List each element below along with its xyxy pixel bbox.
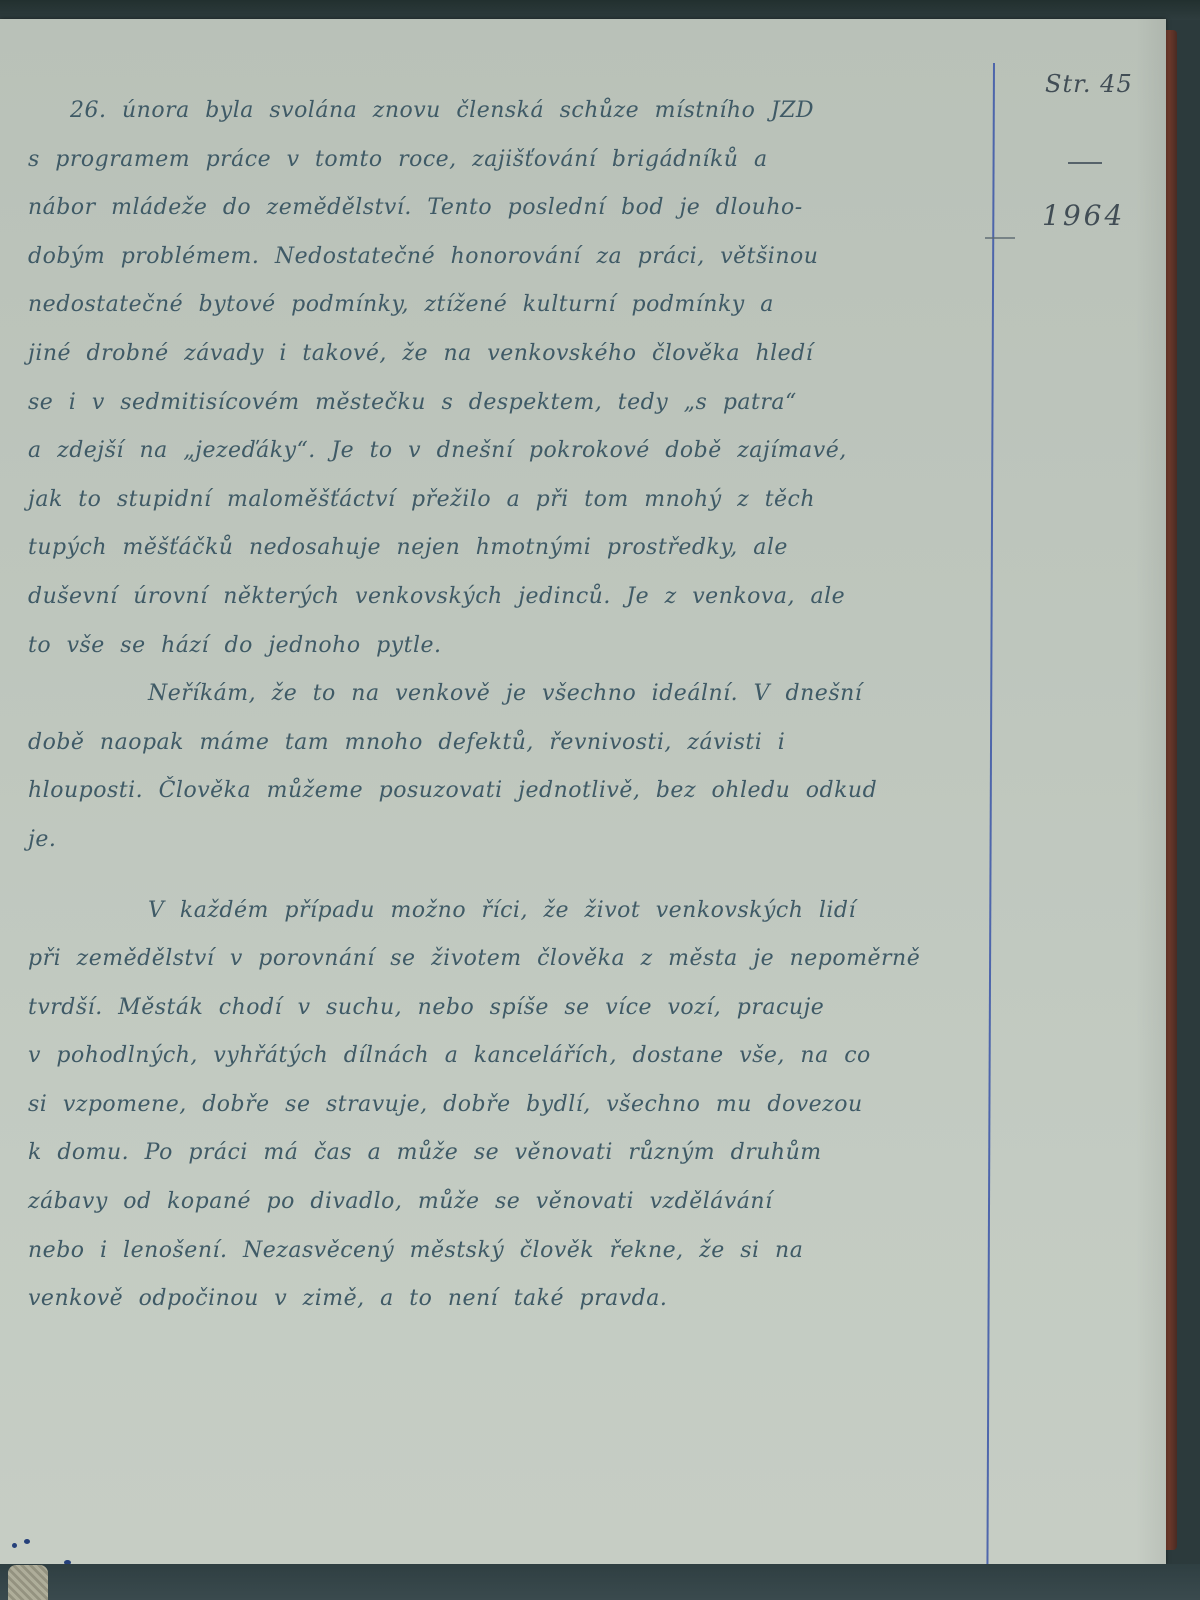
text-line: nebo i lenošení. Nezasvěcený městský člo… bbox=[28, 1227, 983, 1276]
text-line: se i v sedmitisícovém městečku s despekt… bbox=[28, 379, 983, 428]
text-line: 26. února byla svolána znovu členská sch… bbox=[28, 87, 983, 136]
handwritten-body: 26. února byla svolána znovu členská sch… bbox=[28, 87, 983, 1324]
text-line: je. bbox=[28, 816, 983, 865]
text-line: hlouposti. Člověka můžeme posuzovati jed… bbox=[28, 767, 983, 816]
text-line: při zemědělství v porovnání se životem č… bbox=[28, 935, 983, 984]
text-line: a zdejší na „jezeďáky“. Je to v dnešní p… bbox=[28, 427, 983, 476]
backdrop-bottom bbox=[0, 1564, 1200, 1600]
text-line: jak to stupidní maloměšťáctví přežilo a … bbox=[28, 476, 983, 525]
bookmark-thread bbox=[8, 1565, 48, 1600]
text-line: venkově odpočinou v zimě, a to není také… bbox=[28, 1275, 983, 1324]
text-line: v pohodlných, vyhřátých dílnách a kancel… bbox=[28, 1032, 983, 1081]
text-line: to vše se hází do jednoho pytle. bbox=[28, 622, 983, 671]
year-label: 1964 bbox=[1042, 199, 1125, 232]
text-line: duševní úrovní některých venkovských jed… bbox=[28, 573, 983, 622]
text-line: tvrdší. Městák chodí v suchu, nebo spíše… bbox=[28, 984, 983, 1033]
margin-rule-line bbox=[986, 63, 995, 1593]
text-line: nábor mládeže do zemědělství. Tento posl… bbox=[28, 184, 983, 233]
text-line: si vzpomene, dobře se stravuje, dobře by… bbox=[28, 1081, 983, 1130]
text-line: době naopak máme tam mnoho defektů, řevn… bbox=[28, 719, 983, 768]
text-line: s programem práce v tomto roce, zajišťov… bbox=[28, 136, 983, 185]
text-line: Neříkám, že to na venkově je všechno ide… bbox=[28, 670, 983, 719]
ink-spot bbox=[12, 1543, 17, 1548]
ink-spot bbox=[24, 1539, 30, 1544]
text-line: dobým problémem. Nedostatečné honorování… bbox=[28, 233, 983, 282]
text-line: tupých měšťáčků nedosahuje nejen hmotným… bbox=[28, 524, 983, 573]
page-number: Str. 45 bbox=[1045, 70, 1133, 98]
text-line: jiné drobné závady i takové, že na venko… bbox=[28, 330, 983, 379]
text-line: V každém případu možno říci, že život ve… bbox=[28, 887, 983, 936]
margin-dash bbox=[1068, 162, 1102, 164]
text-line: k domu. Po práci má čas a může se věnova… bbox=[28, 1129, 983, 1178]
margin-tick-mark bbox=[985, 237, 1015, 239]
backdrop-top bbox=[0, 0, 1200, 20]
text-line: zábavy od kopané po divadlo, může se věn… bbox=[28, 1178, 983, 1227]
chronicle-page: Str. 45 1964 26. února byla svolána znov… bbox=[0, 19, 1166, 1564]
text-line: nedostatečné bytové podmínky, ztížené ku… bbox=[28, 281, 983, 330]
